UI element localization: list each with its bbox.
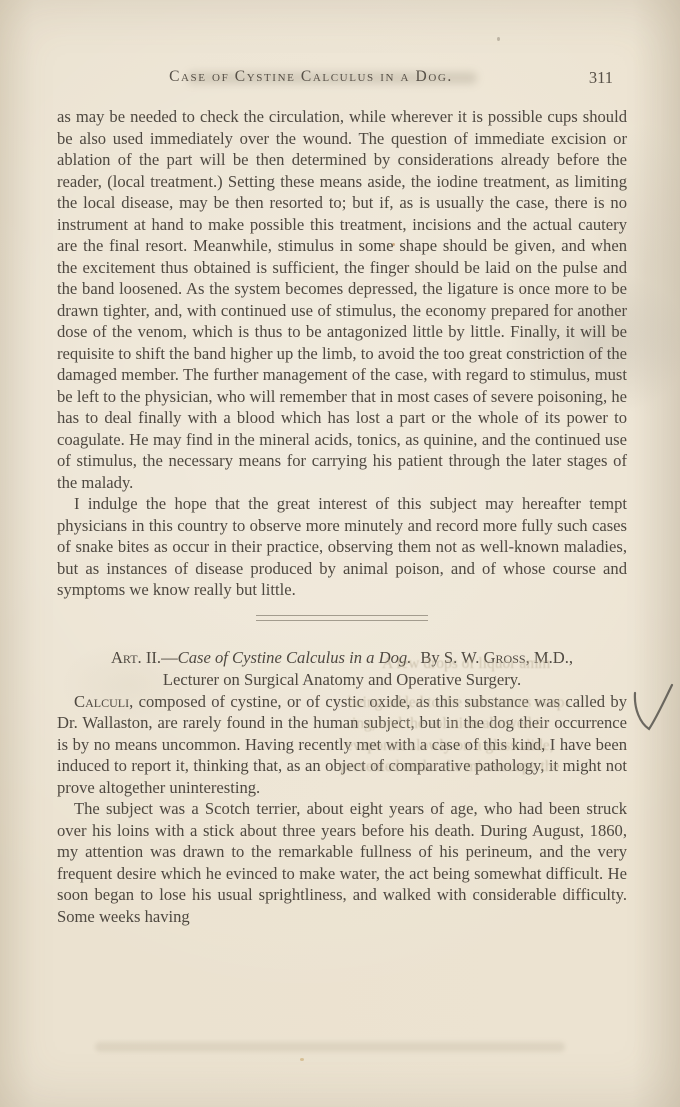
article-byline: By S. W. Gross, M.D.,	[420, 648, 573, 667]
running-header: Case of Cystine Calculus in a Dog. 311	[57, 68, 627, 90]
article-byline-line2: Lecturer on Surgical Anatomy and Operati…	[163, 670, 521, 689]
paragraph: I indulge the hope that the great intere…	[57, 493, 627, 601]
pen-check-mark	[618, 673, 680, 745]
scanned-book-page: Case of Cystine Calculus in a Dog. 311 a…	[0, 0, 680, 1107]
running-title: Case of Cystine Calculus in a Dog.	[57, 68, 565, 86]
article-title: Case of Cystine Calculus in a Dog.	[178, 648, 412, 667]
section-divider-double-rule	[256, 615, 428, 621]
article-number: Art. II.—Case of Cystine Calculus in a D…	[111, 648, 411, 667]
ink-speck	[497, 37, 500, 41]
show-through-smudge	[95, 1042, 565, 1052]
lead-word: Calculi	[74, 692, 129, 711]
paragraph-continuation: as may be needed to check the circulatio…	[57, 106, 627, 493]
page-number: 311	[589, 68, 613, 88]
paragraph: The subject was a Scotch terrier, about …	[57, 798, 627, 927]
text-column: as may be needed to check the circulatio…	[57, 106, 627, 927]
ink-speck	[300, 1058, 304, 1061]
paragraph: Calculi, composed of cystine, or of cyst…	[57, 691, 627, 799]
article-heading: Art. II.—Case of Cystine Calculus in a D…	[57, 647, 627, 691]
